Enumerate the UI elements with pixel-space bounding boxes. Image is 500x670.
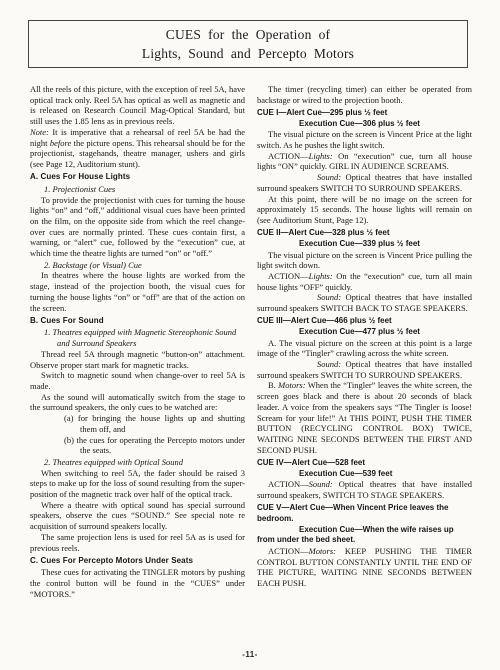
sound-text: Optical theatres that have installed sur…	[257, 292, 472, 313]
action-prefix: ACTION—	[268, 271, 309, 281]
manual-page: CUES for the Operation of Lights, Sound …	[0, 0, 500, 670]
paragraph-note: Note: It is imperative that a rehearsal …	[30, 127, 245, 170]
heading-house-lights: A. Cues For House Lights	[30, 172, 245, 183]
paragraph-projectionist-cues: To provide the projectionist with cues f…	[30, 195, 245, 259]
paragraph-cue2-visual: The visual picture on the screen is Vinc…	[257, 250, 472, 271]
cue5-alert-heading: CUE V—Alert Cue—When Vincent Price leave…	[257, 503, 472, 524]
paragraph-tingler-motors: These cues for activating the TINGLER mo…	[30, 567, 245, 599]
paragraph-auto-switch: As the sound will automatically switch f…	[30, 392, 245, 413]
paragraph-cue3-visual: A. The visual picture on the screen at t…	[257, 338, 472, 359]
cue5-execution-heading: Execution Cue—When the wife raises up fr…	[257, 525, 472, 546]
paragraph-cue5-action: ACTION—Motors: KEEP PUSHING THE TIMER CO…	[257, 546, 472, 589]
action-lights-label: Lights:	[309, 271, 333, 281]
paragraph-no-image: At this point, there will be no image on…	[257, 194, 472, 226]
cue4-alert-heading: CUE IV—Alert Cue—528 feet	[257, 458, 472, 469]
paragraph-reels-intro: All the reels of this picture, with the …	[30, 84, 245, 127]
heading-cues-for-sound: B. Cues For Sound	[30, 316, 245, 327]
heading-percepto-motors: C. Cues For Percepto Motors Under Seats	[30, 556, 245, 567]
action-motors-label: Motors:	[309, 546, 336, 556]
paragraph-cue3-motors: B. Motors: When the “Tingler” leaves the…	[257, 380, 472, 455]
note-label: Note:	[30, 127, 49, 137]
sound-label: Sound:	[317, 292, 341, 302]
paragraph-cue2-sound: Sound: Optical theatres that have instal…	[257, 292, 472, 313]
paragraph-cue4-action: ACTION—Sound: Optical theatres that have…	[257, 479, 472, 500]
paragraph-optical-surround: Where a theatre with optical sound has s…	[30, 500, 245, 532]
paragraph-cue1-sound: Sound: Optical theatres that have instal…	[257, 172, 472, 193]
cue2-alert-heading: CUE II—Alert Cue—328 plus ½ feet	[257, 228, 472, 239]
subheading-projectionist-cues: 1. Projectionist Cues	[30, 184, 245, 195]
action-prefix: ACTION—	[268, 479, 309, 489]
paragraph-timer: The timer (recycling timer) can either b…	[257, 84, 472, 105]
action-prefix: ACTION—	[268, 151, 309, 161]
action-lights-label: Lights:	[309, 151, 333, 161]
motors-label: Motors:	[278, 380, 305, 390]
paragraph-switch-magnetic: Switch to magnetic sound when change-ove…	[30, 370, 245, 391]
list-item-a: (a) for bringing the house lights up and…	[30, 413, 245, 434]
cue3-alert-heading: CUE III—Alert Cue—466 plus ½ feet	[257, 316, 472, 327]
two-column-body: All the reels of this picture, with the …	[30, 84, 472, 600]
page-number: -11-	[0, 650, 500, 659]
note-emphasis: before	[50, 138, 71, 148]
paragraph-projection-lens: The same projection lens is used for ree…	[30, 532, 245, 553]
left-column: All the reels of this picture, with the …	[30, 84, 245, 600]
sound-label: Sound:	[317, 359, 341, 369]
paragraph-cue1-action: ACTION—Lights: On “execution” cue, turn …	[257, 151, 472, 172]
right-column: The timer (recycling timer) can either b…	[257, 84, 472, 600]
paragraph-cue3-sound: Sound: Optical theatres that have instal…	[257, 359, 472, 380]
paragraph-fader: When switching to reel 5A, the fader sho…	[30, 468, 245, 500]
title-box: CUES for the Operation of Lights, Sound …	[28, 20, 468, 68]
page-title-line1: CUES for the Operation of	[166, 25, 330, 44]
subheading-magnetic-sound: 1. Theatres equipped with Magnetic Stere…	[30, 327, 245, 348]
page-title-line2: Lights, Sound and Percepto Motors	[142, 44, 354, 63]
cue3-execution-heading: Execution Cue—477 plus ½ feet	[257, 327, 472, 338]
motors-text: When the “Tingler” leaves the white scre…	[257, 380, 472, 454]
sound-text: Optical theatres that have installed sur…	[257, 359, 472, 380]
cue2-execution-heading: Execution Cue—339 plus ½ feet	[257, 239, 472, 250]
cue4-execution-heading: Execution Cue—539 feet	[257, 469, 472, 480]
cue1-execution-heading: Execution Cue—306 plus ½ feet	[257, 119, 472, 130]
sound-label: Sound:	[317, 172, 341, 182]
action-prefix: ACTION—	[268, 546, 309, 556]
paragraph-thread-reel: Thread reel 5A through magnetic “button-…	[30, 349, 245, 370]
motors-prefix: B.	[268, 380, 278, 390]
paragraph-cue2-action: ACTION—Lights: On the “execution” cue, t…	[257, 271, 472, 292]
subheading-optical-sound: 2. Theatres equipped with Optical Sound	[30, 457, 245, 468]
action-sound-label: Sound:	[309, 479, 333, 489]
list-item-b: (b) the cues for operating the Percepto …	[30, 435, 245, 456]
paragraph-backstage-cue: In theatres where the house lights are w…	[30, 270, 245, 313]
cue1-alert-heading: CUE I—Alert Cue—295 plus ½ feet	[257, 108, 472, 119]
subheading-backstage-cue: 2. Backstage (or Visual) Cue	[30, 260, 245, 271]
sound-text: Optical theatres that have installed sur…	[257, 172, 472, 193]
paragraph-cue1-visual: The visual picture on the screen is Vinc…	[257, 129, 472, 150]
